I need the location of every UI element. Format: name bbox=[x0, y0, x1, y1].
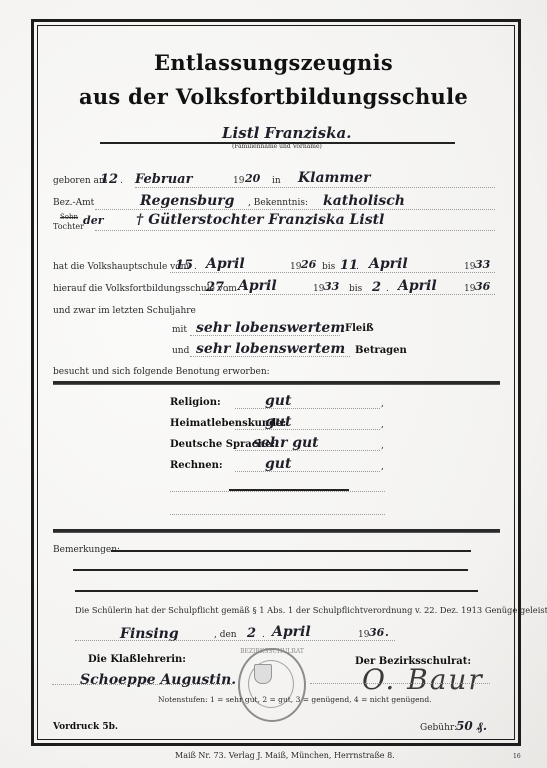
main-from-month: April bbox=[206, 256, 245, 272]
dot-separator: . bbox=[262, 630, 265, 640]
further-from-day: 27 bbox=[206, 280, 224, 295]
comma: , bbox=[381, 441, 384, 451]
grade-dotted-line bbox=[235, 471, 380, 472]
of-label: der bbox=[83, 214, 104, 227]
comma: , bbox=[381, 420, 384, 430]
conduct-value: sehr lobenswertem bbox=[196, 341, 345, 357]
further-from-month: April bbox=[238, 278, 277, 294]
further-to-year: 36 bbox=[475, 280, 490, 293]
remarks-top-rule bbox=[53, 529, 500, 533]
daughter-label: Tochter bbox=[53, 222, 84, 231]
teacher-label: Die Klaßlehrerin: bbox=[88, 654, 186, 665]
confession-label: , Bekenntnis: bbox=[248, 198, 308, 208]
and-label: und bbox=[172, 346, 189, 356]
main-school-dotted-line bbox=[170, 272, 495, 273]
further-from-year-prefix: 19 bbox=[313, 284, 324, 294]
diligence-dotted-line bbox=[190, 335, 340, 336]
council-signature: O. Baur bbox=[362, 663, 484, 696]
document-title: Entlassungszeugnis bbox=[0, 50, 547, 75]
remarks-line-1 bbox=[111, 550, 471, 552]
page-code: 16 bbox=[513, 753, 521, 760]
issue-day: 2 bbox=[247, 626, 256, 641]
grade-subject: Rechnen: bbox=[170, 460, 223, 471]
official-stamp: BEZIRKSSCHULRAT bbox=[238, 648, 306, 722]
main-from-year-prefix: 19 bbox=[290, 262, 301, 272]
fee-label: Gebühr: bbox=[420, 723, 457, 733]
council-dotted-line bbox=[310, 683, 490, 684]
main-to-year: 33 bbox=[475, 258, 490, 271]
born-dotted-line bbox=[135, 187, 495, 188]
coat-of-arms-icon bbox=[254, 664, 272, 684]
compulsory-statement: Die Schülerin hat der Schulpflicht gemäß… bbox=[75, 605, 547, 615]
diligence-label: Fleiß bbox=[345, 323, 374, 334]
document-subtitle: aus der Volksfortbildungsschule bbox=[0, 84, 547, 109]
further-to-year-prefix: 19 bbox=[464, 284, 475, 294]
born-year-prefix: 19 bbox=[233, 176, 244, 186]
name-caption: (Familienname und Vorname) bbox=[232, 143, 322, 150]
born-month: Februar bbox=[135, 172, 192, 187]
born-year: 20 bbox=[245, 172, 260, 185]
dot-separator: . bbox=[226, 284, 229, 294]
date-dotted-line bbox=[75, 640, 395, 641]
until-label: bis bbox=[322, 262, 335, 272]
conduct-label: Betragen bbox=[355, 345, 407, 356]
main-from-day: 15 bbox=[175, 258, 193, 273]
further-from-year: 33 bbox=[324, 280, 339, 293]
issue-year-prefix: 19 bbox=[358, 630, 369, 640]
main-to-month: April bbox=[369, 256, 408, 272]
in-label: in bbox=[272, 176, 281, 186]
conduct-dotted-line bbox=[190, 356, 350, 357]
dot-separator: . bbox=[386, 284, 389, 294]
dot-separator: . bbox=[120, 176, 123, 186]
comma: , bbox=[381, 399, 384, 409]
dot-separator: . bbox=[356, 262, 359, 272]
grades-top-rule bbox=[53, 381, 500, 385]
grades-dotted-line-1 bbox=[170, 491, 385, 492]
until-label: bis bbox=[349, 284, 362, 294]
further-to-day: 2 bbox=[372, 280, 381, 295]
grade-value: gut bbox=[265, 414, 291, 430]
grade-dotted-line bbox=[235, 429, 380, 430]
remarks-line-2 bbox=[73, 569, 468, 571]
fee-value: 50 ₰. bbox=[456, 719, 487, 734]
grade-dotted-line bbox=[235, 450, 380, 451]
son-label: Sohn bbox=[60, 213, 78, 221]
further-to-month: April bbox=[398, 278, 437, 294]
diligence-value: sehr lobenswertem bbox=[196, 320, 345, 336]
further-school-dotted-line bbox=[200, 294, 495, 295]
grade-subject: Religion: bbox=[170, 397, 221, 408]
stamp-text: BEZIRKSSCHULRAT bbox=[240, 648, 304, 655]
district-dotted-line bbox=[95, 209, 495, 210]
dot-separator: . bbox=[385, 626, 389, 639]
issue-month: April bbox=[272, 624, 311, 640]
dot-separator: . bbox=[194, 262, 197, 272]
grade-value: gut bbox=[265, 393, 291, 409]
parent-dotted-line bbox=[95, 230, 495, 231]
student-name: Listl Franziska. bbox=[222, 124, 351, 142]
with-label: mit bbox=[172, 325, 187, 335]
grades-intro: besucht und sich folgende Benotung erwor… bbox=[53, 367, 270, 377]
last-year-label: und zwar im letzten Schuljahre bbox=[53, 306, 196, 316]
comma: , bbox=[381, 462, 384, 472]
parent-name: † Gütlerstochter Franziska Listl bbox=[136, 212, 384, 228]
remarks-line-3 bbox=[75, 590, 478, 592]
teacher-name: Schoeppe Augustin. bbox=[80, 672, 236, 688]
confession: katholisch bbox=[323, 193, 405, 209]
publisher-imprint: Maiß Nr. 73. Verlag J. Maiß, München, He… bbox=[175, 751, 395, 760]
district: Regensburg bbox=[140, 193, 234, 209]
form-number: Vordruck 5b. bbox=[53, 722, 118, 732]
grade-value: sehr gut bbox=[253, 435, 319, 451]
district-label: Bez.-Amt bbox=[53, 198, 94, 208]
grade-dotted-line bbox=[235, 408, 380, 409]
teacher-dotted-line bbox=[52, 684, 232, 685]
main-school-label: hat die Volkshauptschule vom bbox=[53, 262, 189, 272]
birthplace: Klammer bbox=[298, 170, 370, 186]
den-label: , den bbox=[214, 630, 237, 640]
born-day: 12 bbox=[100, 172, 118, 187]
main-to-year-prefix: 19 bbox=[464, 262, 475, 272]
grade-value: gut bbox=[265, 456, 291, 472]
issue-year: 36 bbox=[369, 626, 384, 639]
main-from-year: 26 bbox=[301, 258, 316, 271]
grading-scale: Notenstufen: 1 = sehr gut, 2 = gut, 3 = … bbox=[158, 695, 432, 704]
grades-dotted-line-2 bbox=[170, 514, 385, 515]
